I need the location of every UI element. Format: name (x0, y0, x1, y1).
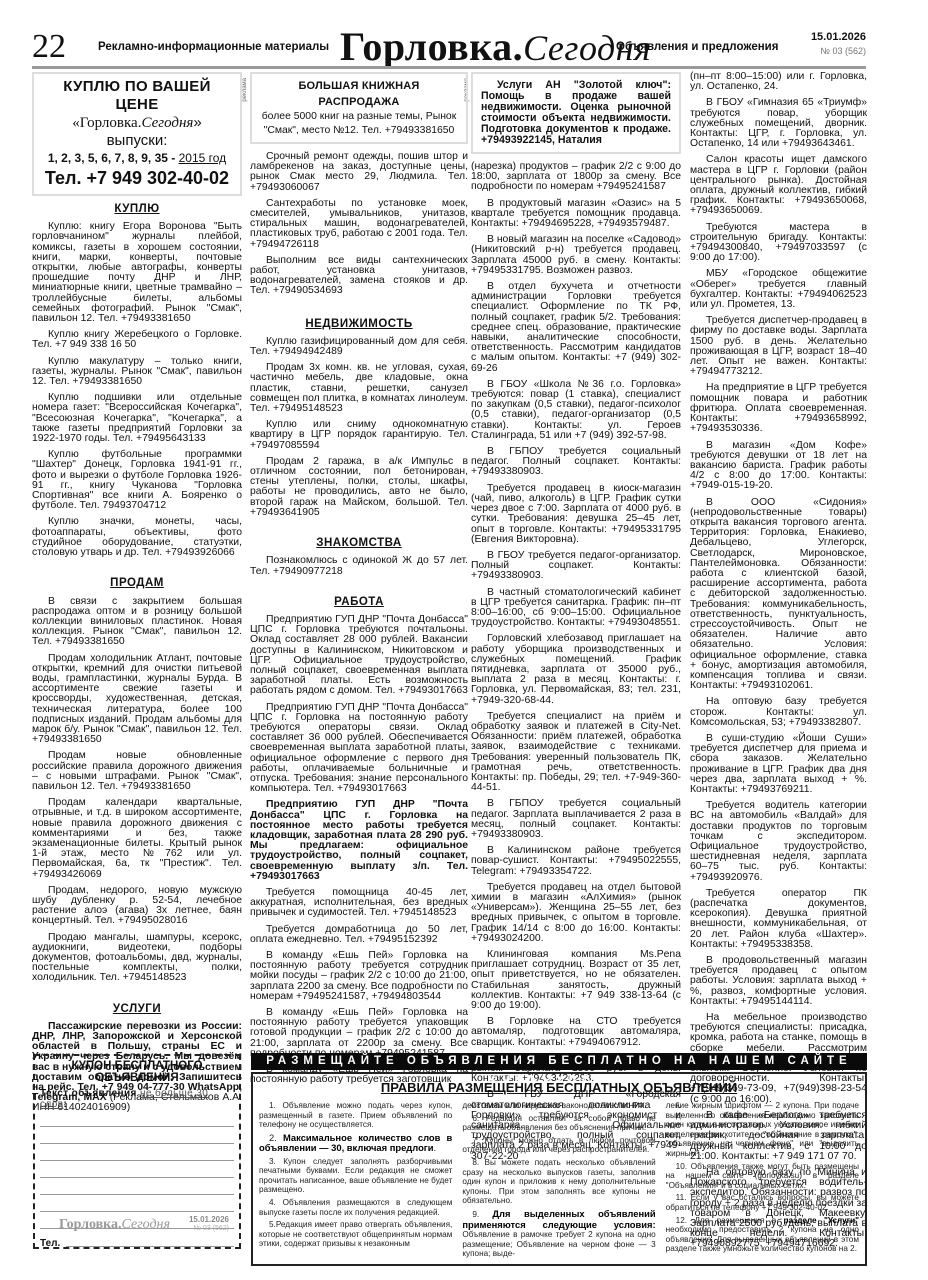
golden-key-text: Услуги АН "Золотой ключ": Помощь в прода… (481, 80, 671, 146)
classified-ad-continued: (нарезка) продуктов – график 2/2 с 9:00 … (471, 162, 681, 193)
section-title-jobs: РАБОТА (250, 597, 468, 607)
classified-ad: Куплю или сниму однокомнатную квартиру в… (250, 420, 468, 451)
classified-ad: В команду «Ешь Пей» Горловка на постоянн… (250, 1008, 468, 1059)
rule-item: 1. Объявление можно подать через купон, … (259, 1101, 452, 1130)
rule-item: 12. Для размещения в разделе "Услуги" не… (666, 1216, 859, 1254)
rules-column-1: 1. Объявление можно подать через купон, … (259, 1101, 452, 1262)
rule-item: 6. Редакция оставляет за собой право не … (462, 1114, 655, 1133)
book-sale-contact: "Смак", место №12. Тел. +79493381650 (258, 124, 460, 138)
coupon-logo: Горловка.Сегодня (59, 1217, 170, 1233)
classified-ad: В Калининском районе требуется повар-суш… (471, 846, 681, 877)
coupon-write-line[interactable] (40, 1126, 234, 1127)
classified-ad: В команду «Ешь Пей» Горловка на постоянн… (250, 951, 468, 1002)
rules-title: ПРАВИЛА РАЗМЕЩЕНИЯ БЕСПЛАТНЫХ ОБЪЯВЛЕНИЙ (259, 1080, 859, 1095)
coupon-write-line[interactable] (40, 1143, 234, 1144)
classified-ad: Требуется оператор ПК (распечатка докуме… (690, 889, 867, 950)
section-title-services: УСЛУГИ (32, 1004, 242, 1014)
coupon-title: КУПОН БЕСПЛАТНОГО ОБЪЯВЛЕНИЯ (40, 1060, 234, 1084)
rule-item: действиям или нарушают законодательство … (462, 1101, 655, 1111)
column-3: Услуги АН "Золотой ключ": Помощь в прода… (471, 72, 681, 1168)
masthead-main: Горловка. (340, 24, 523, 69)
classified-ad: Выполним все виды сантехнических работ, … (250, 256, 468, 297)
section-label-right: Объявления и предложения (616, 41, 778, 53)
classified-ad: Продам холодильник Атлант, почтовые откр… (32, 654, 242, 746)
coupon-phone-label: Тел. (40, 1238, 60, 1249)
page-number: 22 (32, 30, 66, 64)
rule-item: 7. Купоны можно отдать в любом почтовом … (462, 1136, 655, 1155)
classified-ad: В ГБОУ «Гимназия 65 «Триумф» требуются п… (690, 98, 867, 149)
coupon-phone-line[interactable] (66, 1246, 234, 1247)
classified-ad: В ГБПОУ требуется социальный педагог. За… (471, 799, 681, 840)
classified-ad: В связи с закрытием большая распродажа о… (32, 597, 242, 648)
site-banner: РАЗМЕЩАЙТЕ ОБЪЯВЛЕНИЯ БЕСПЛАТНО НА НАШЕМ… (251, 1053, 867, 1070)
rule-item: 4. Объявления размещаются в следующем вы… (259, 1198, 452, 1217)
page-header: 22 Рекламно-информационные материалы Гор… (32, 28, 866, 66)
classified-ad: Сантехработы по установке моек, смесител… (250, 199, 468, 250)
rules-column-3: ление жирным шрифтом — 2 купона. При под… (666, 1101, 859, 1262)
section-title-dating: ЗНАКОМСТВА (250, 538, 468, 548)
classified-ad: Требуется помощница 40-45 лет, аккуратна… (250, 888, 468, 919)
classified-ad: Требуется продавец на отдел бытовой хими… (471, 883, 681, 944)
buy-box-newspaper: «Горловка.Сегодня» выпуски: (40, 114, 234, 150)
book-sale-title: БОЛЬШАЯ КНИЖНАЯ РАСПРОДАЖА (258, 78, 460, 110)
classified-ad-continued: (пн–пт 8:00–15:00) или г. Горловка, ул. … (690, 72, 867, 92)
rule-item: 9. Для выделенных объявлений применяются… (462, 1209, 655, 1259)
coupon-write-line[interactable] (40, 1211, 234, 1212)
coupon-text-label: Текст объявления не больше 30 слов: (40, 1088, 234, 1110)
classified-ad-featured: Предприятию ГУП ДНР "Почта Донбасса" ЦПС… (250, 800, 468, 882)
column-1: КУПЛЮ ПО ВАШЕЙ ЦЕНЕ «Горловка.Сегодня» в… (32, 72, 242, 1120)
rules-box: ПРАВИЛА РАЗМЕЩЕНИЯ БЕСПЛАТНЫХ ОБЪЯВЛЕНИЙ… (251, 1072, 867, 1266)
classified-ad: В отдел бухучета и отчетности администра… (471, 282, 681, 374)
buy-box-title: КУПЛЮ ПО ВАШЕЙ ЦЕНЕ (40, 78, 234, 114)
coupon-issue: № 03 (562) (193, 1225, 229, 1232)
free-ad-coupon[interactable]: КУПОН БЕСПЛАТНОГО ОБЪЯВЛЕНИЯ Текст объяв… (33, 1054, 241, 1249)
classified-ad: Продам 2 гаража, в а/к Импульс в отлично… (250, 457, 468, 518)
classified-ad: Куплю значки, монеты, часы, фотоаппараты… (32, 517, 242, 558)
classified-ad: В ГБОУ «Школа №36 г.о. Горловка» требуют… (471, 380, 681, 441)
rule-item: 5.Редакция имеет право отвергать объявле… (259, 1220, 452, 1249)
rule-item: 3. Купон следует заполнять разборчивыми … (259, 1157, 452, 1195)
section-title-sell: ПРОДАМ (32, 578, 242, 588)
classified-ad: Куплю: книгу Егора Воронова "Быть горлов… (32, 222, 242, 324)
classified-ad: Куплю газифицированный дом для себя. Тел… (250, 337, 468, 357)
classified-ad: Предприятию ГУП ДНР "Почта Донбасса" ЦПС… (250, 615, 468, 697)
classified-ad: Требуется специалист на приём и обработк… (471, 712, 681, 794)
coupon-date: 15.01.2026 (189, 1215, 229, 1224)
rules-column-2: действиям или нарушают законодательство … (462, 1101, 655, 1262)
buy-box-phone: Тел. +7 949 302-40-02 (40, 166, 234, 190)
classified-ad: На оптовую базу требуется сторож. Контак… (690, 697, 867, 728)
rule-item: 8. Вы можете подать несколько объявлений… (462, 1158, 655, 1206)
classified-ad: Продам, недорого, новую мужскую шубу дуб… (32, 886, 242, 927)
classified-ad: Куплю макулатуру – только книги, газеты,… (32, 357, 242, 388)
classified-ad: В продовольственный магазин требуется пр… (690, 956, 867, 1007)
rule-item: 11. Если у вас остались вопросы, вы може… (666, 1193, 859, 1212)
buy-box-issues: 1, 2, 3, 5, 6, 7, 8, 9, 35 - 2015 год (40, 150, 234, 166)
coupon-write-line[interactable] (40, 1177, 234, 1178)
classified-ad: Познакомлюсь с одинокой Ж до 57 лет. Тел… (250, 556, 468, 576)
rule-item: 2. Максимальное количество слов в объявл… (259, 1133, 452, 1154)
buy-issues-ad: КУПЛЮ ПО ВАШЕЙ ЦЕНЕ «Горловка.Сегодня» в… (32, 72, 242, 196)
coupon-phone-field[interactable]: Тел. (40, 1238, 234, 1249)
section-label-left: Рекламно-информационные материалы (98, 41, 329, 53)
rule-item: ление жирным шрифтом — 2 купона. При под… (666, 1101, 859, 1159)
classified-ad: Клининговая компания Ms.Pena приглашает … (471, 950, 681, 1011)
classified-ad: Салон красоты ищет дамского мастера в ЦГ… (690, 155, 867, 216)
classified-ad: В магазин «Дом Кофе» требуются девушки о… (690, 441, 867, 492)
classified-ad: В Горловке на СТО требуется автомаляр, п… (471, 1017, 681, 1048)
coupon-write-line[interactable] (40, 1160, 234, 1161)
classified-ad: Куплю подшивки или отдельные номера газе… (32, 393, 242, 444)
classified-ad: Предприятию ГУП ДНР "Почта Донбасса" ЦПС… (250, 703, 468, 795)
classified-ad: Требуется домработница до 50 лет, оплата… (250, 925, 468, 945)
coupon-footer: Горловка.Сегодня 15.01.2026 № 03 (562) (59, 1215, 229, 1237)
classified-ad: Требуется диспетчер-продавец в фирму по … (690, 316, 867, 377)
classified-ad: В продуктовый магазин «Оазис» на 5 кварт… (471, 199, 681, 230)
column-2: БОЛЬШАЯ КНИЖНАЯ РАСПРОДАЖА более 5000 кн… (250, 72, 468, 1091)
classified-ad: МБУ «Городское общежитие «Оберег» требуе… (690, 269, 867, 310)
masthead-logo: Горловка.Сегодня (340, 26, 651, 69)
header-divider (32, 66, 866, 69)
golden-key-ad: Услуги АН "Золотой ключ": Помощь в прода… (471, 72, 681, 154)
classified-ad: Куплю футбольные программки "Шахтер" Дон… (32, 450, 242, 511)
rule-item: 10. Объявления также могут быть размещен… (666, 1162, 859, 1191)
book-sale-ad: БОЛЬШАЯ КНИЖНАЯ РАСПРОДАЖА более 5000 кн… (250, 72, 468, 144)
classified-ad: Продам календари квартальные, отрывные, … (32, 798, 242, 880)
classified-ad: Продам 3х комн. кв. не угловая, сухая, ч… (250, 363, 468, 414)
coupon-write-line[interactable] (40, 1194, 234, 1195)
classified-ad: Требуются мастера в строительную бригаду… (690, 223, 867, 264)
section-title-realty: НЕДВИЖИМОСТЬ (250, 319, 468, 329)
classified-ad: Продаю мангалы, шампуры, ксерокс, аудиок… (32, 933, 242, 984)
issue-number: № 03 (562) (820, 46, 866, 56)
classified-ad: Срочный ремонт одежды, пошив штор и ламб… (250, 152, 468, 193)
issue-date: 15.01.2026 (811, 31, 866, 43)
classified-ad: В суши-студию «Йоши Суши» требуется дисп… (690, 734, 867, 795)
classified-ad: В новый магазин на поселке «Садовод» (Ни… (471, 235, 681, 276)
ad-label: реклама (242, 78, 248, 102)
classified-ad: В частный стоматологический кабинет в ЦГ… (471, 588, 681, 629)
classified-ad: Требуется продавец в киоск-магазин (чай,… (471, 484, 681, 545)
classified-ad: В ООО «Сидония» (непродовольственные тов… (690, 498, 867, 692)
classified-ad: Продам новые обновленные российские прав… (32, 751, 242, 792)
classified-ad: Куплю книгу Жеребецкого о Горловке. Тел.… (32, 330, 242, 350)
book-sale-text: более 5000 книг на разные темы, Рынок (258, 110, 460, 124)
classified-ad: Горловский хлебозавод приглашает на рабо… (471, 634, 681, 705)
classified-ad: На предприятие в ЦГР требуется помощник … (690, 383, 867, 434)
classified-ad: Требуется водитель категории ВС на автом… (690, 801, 867, 883)
classified-ad: В ГБПОУ требуется социальный педагог. По… (471, 447, 681, 478)
section-title-buy: КУПЛЮ (32, 204, 242, 214)
classified-ad: В ГБОУ требуется педагог-организатор. По… (471, 551, 681, 582)
